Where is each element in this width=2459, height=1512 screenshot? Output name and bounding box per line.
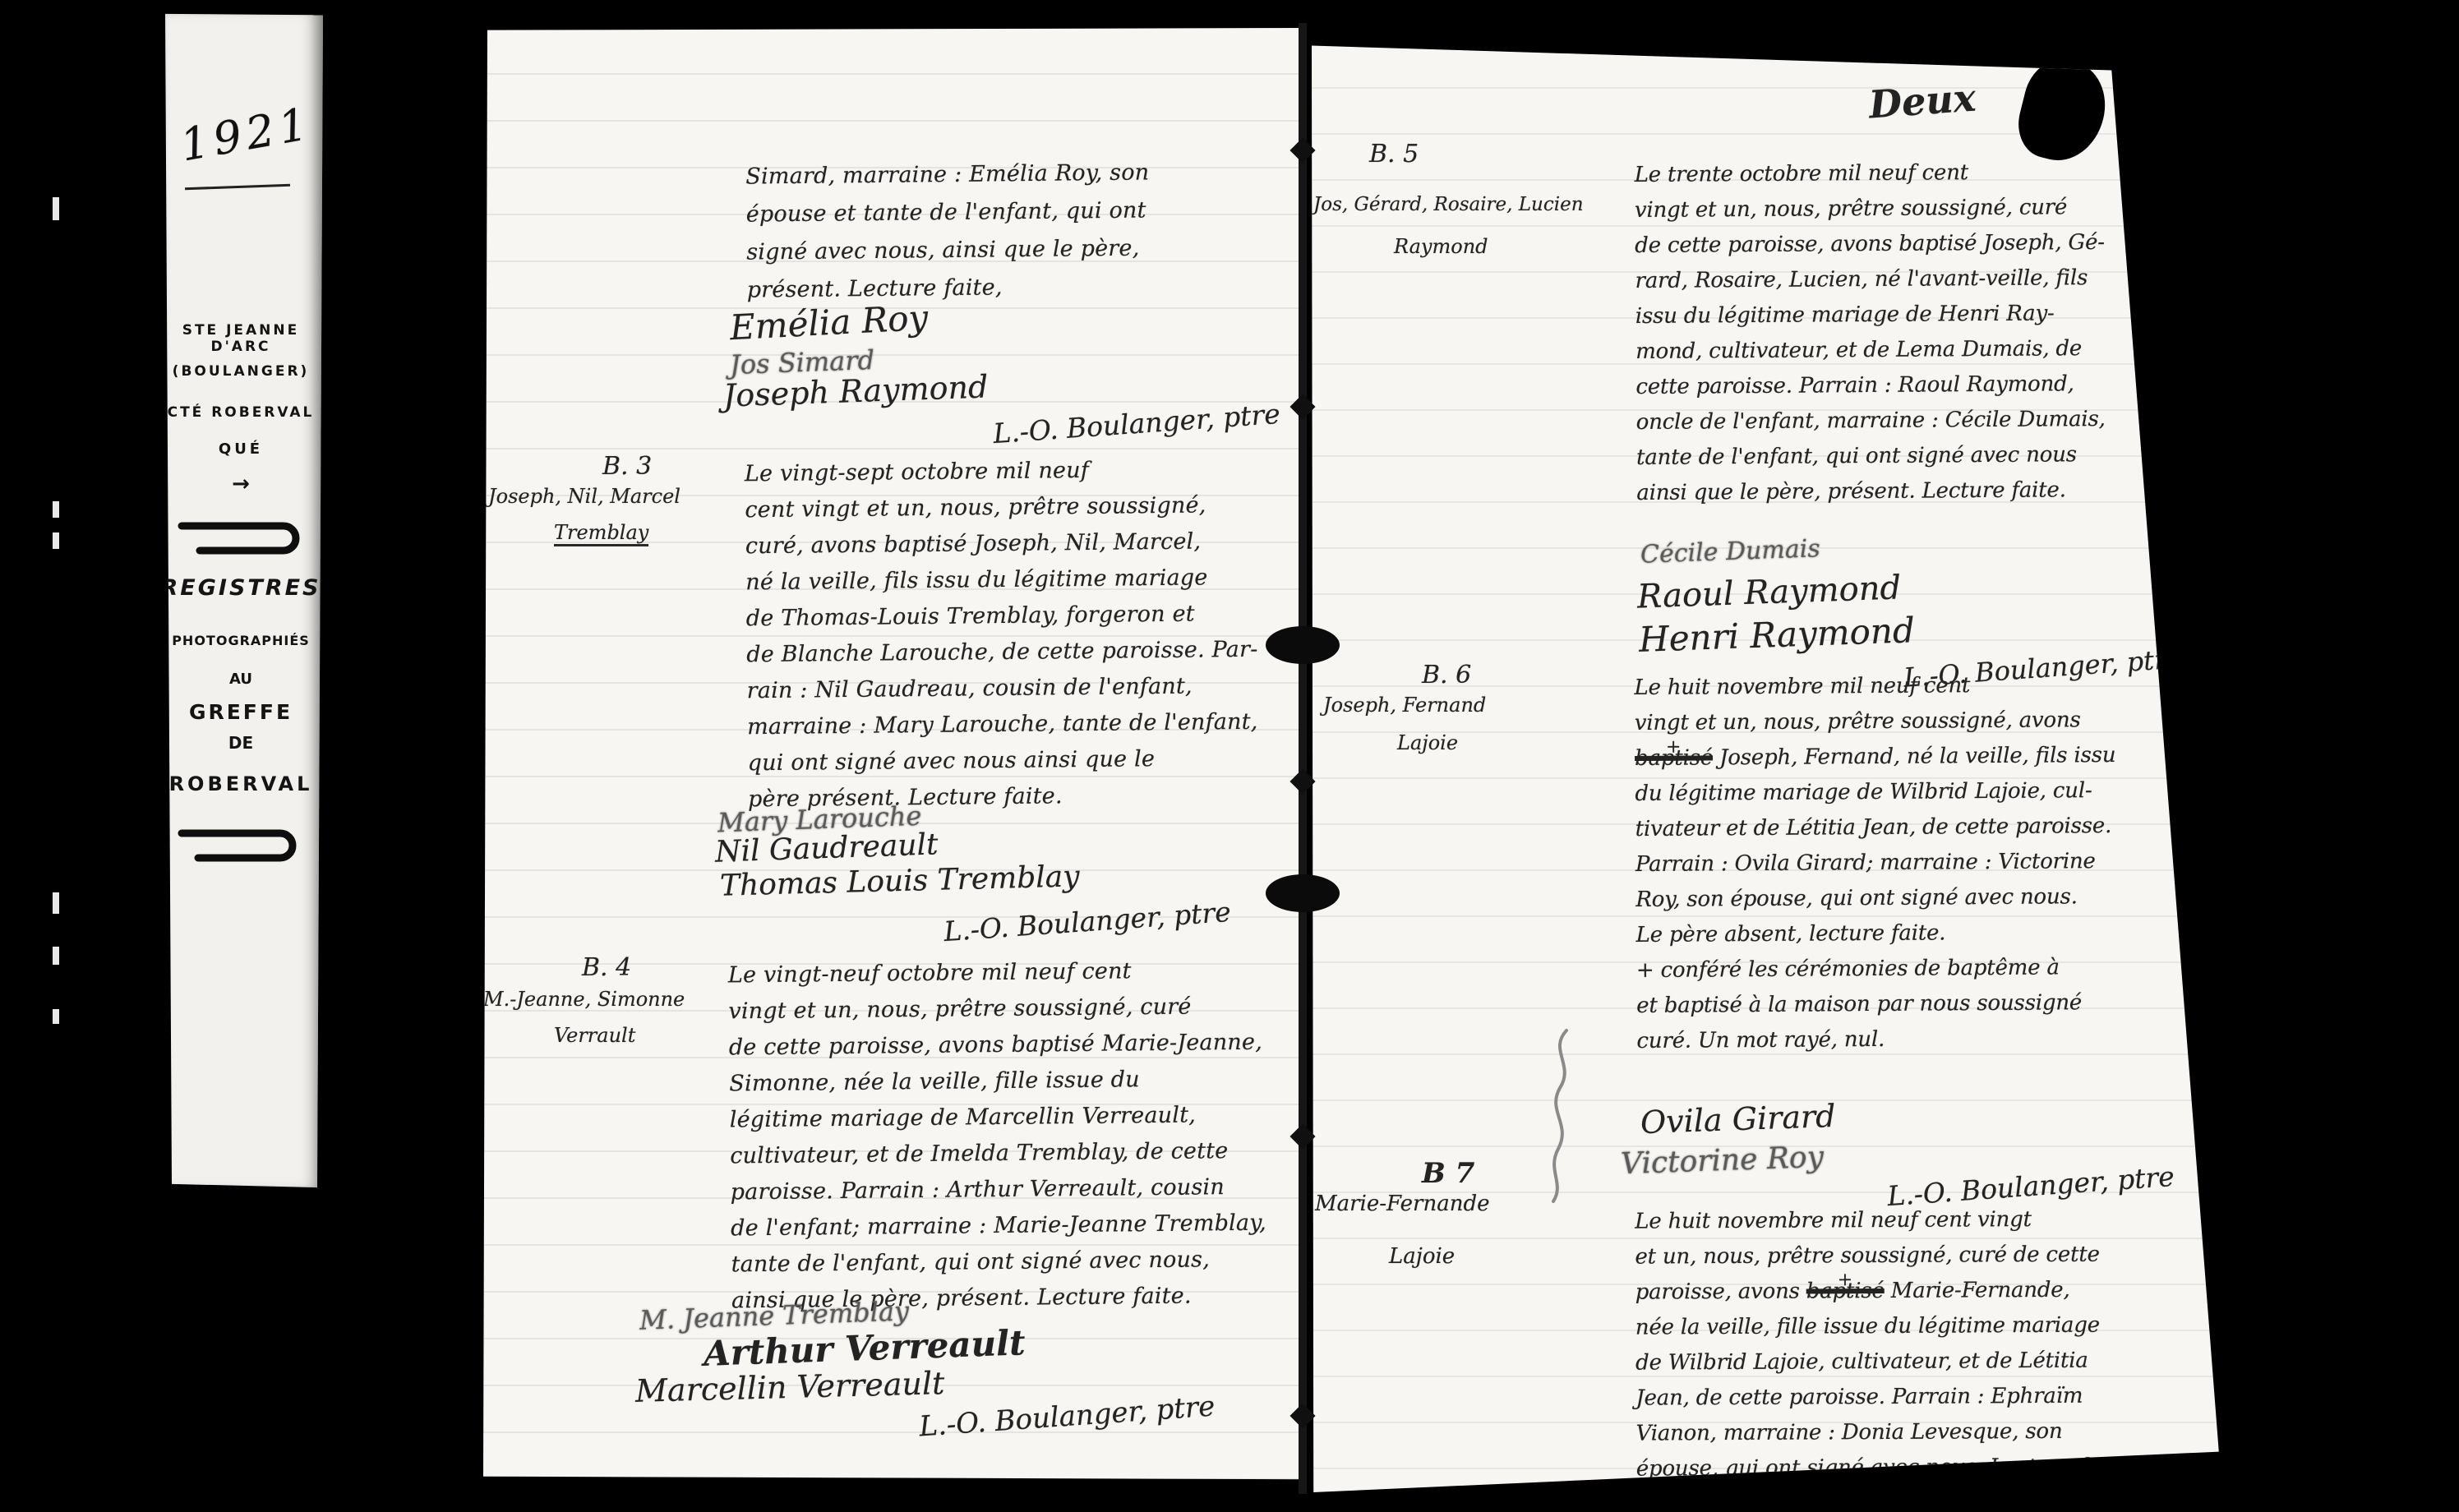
spine-roberval: ROBERVAL [159, 772, 323, 795]
handwritten-line: cette paroisse. Parrain : Raoul Raymond, [1635, 366, 2106, 405]
handwritten-line: rain : Nil Gaudreau, cousin de l'enfant, [746, 668, 1258, 710]
handwritten-line: épouse, qui ont signé avec nous. Lecture… [1636, 1449, 2134, 1487]
officiant-signature: L.-O. Boulanger, ptre [992, 398, 1281, 449]
signature: Ovila Girard [1640, 1098, 1836, 1141]
handwritten-line: Le vingt-neuf octobre mil neuf cent [728, 952, 1264, 994]
officiant-signature: L.-O. Boulanger, ptre [943, 896, 1232, 947]
margin-squiggle [1524, 1026, 1589, 1206]
signature: Marcellin Verreault [634, 1365, 944, 1409]
handwritten-line: Le huit novembre mil neuf cent [1634, 667, 2115, 706]
handwritten-line: curé. Un mot rayé, nul. [1636, 1021, 2118, 1059]
handwritten-line: mond, cultivateur, et de Lema Dumais, de [1635, 331, 2106, 370]
handwritten-line: du légitime mariage de Wilbrid Lajoie, c… [1635, 773, 2116, 812]
record-margin-names: Marie-Fernande [1315, 1192, 1490, 1216]
signature: Victorine Roy [1620, 1141, 1824, 1182]
handwritten-line: Le père absent, lecture faite. [1635, 915, 2117, 953]
handwritten-line: marraine : Mary Larouche, tante de l'enf… [747, 704, 1259, 746]
spine-au: AU [159, 671, 323, 688]
register-right-page: Deux B. 5 Jos, Gérard, Rosaire, Lucien R… [1312, 43, 2221, 1492]
officiant-signature: L.-O. Boulanger, ptre [918, 1390, 1216, 1443]
handwritten-line: vingt et un, nous, prêtre soussigné, cur… [1635, 190, 2105, 228]
spine-photographies: PHOTOGRAPHIÉS [159, 633, 323, 648]
spine-parish-name: STE JEANNE D'ARC [159, 322, 323, 355]
handwritten-line: et baptisé à la maison par nous soussign… [1636, 985, 2118, 1024]
handwritten-line: curé, avons baptisé Joseph, Nil, Marcel, [745, 523, 1257, 565]
spine-de: DE [159, 733, 323, 753]
correction-mark: + [1666, 730, 1682, 765]
handwritten-line: Le vingt-sept octobre mil neuf [745, 451, 1257, 493]
handwritten-line: qui ont signé avec nous ainsi que le [747, 740, 1259, 782]
record-body: Le huit novembre mil neuf cent vingtet u… [1635, 1201, 2134, 1487]
record-margin-names: M.-Jeanne, Simonne [483, 988, 685, 1011]
binding-post [1266, 626, 1340, 664]
handwritten-line: tivateur et de Létitia Jean, de cette pa… [1635, 809, 2117, 847]
handwritten-line: ainsi que le père, présent. Lecture fait… [1636, 472, 2106, 511]
spine-arrow-mark: → [159, 472, 323, 496]
handwritten-line: de cette paroisse, avons baptisé Marie-J… [729, 1025, 1265, 1067]
record-number: B. 4 [582, 953, 631, 982]
struck-word: +baptisé [1635, 745, 1713, 771]
correction-suffix: Marie-Fernande, [1885, 1278, 2070, 1303]
record-margin-surname: Lajoie [1389, 1244, 1455, 1269]
paperclip-icon [170, 818, 315, 873]
handwritten-line: vingt et un, nous, prêtre soussigné, cur… [728, 989, 1264, 1030]
record-continuation-body: Simard, marraine : Emélia Roy, sonépouse… [745, 154, 1151, 309]
handwritten-line: Roy, son épouse, qui ont signé avec nous… [1635, 879, 2117, 918]
signature: Henri Raymond [1638, 610, 1915, 660]
film-edge-mark [53, 501, 59, 518]
film-edge-mark [53, 1009, 59, 1024]
signature: Raoul Raymond [1636, 569, 1902, 615]
handwritten-line: de l'enfant; marraine : Marie-Jeanne Tre… [731, 1205, 1266, 1247]
spine-province: QUÉ [159, 440, 323, 458]
handwritten-line: né la veille, fils issu du légitime mari… [745, 560, 1257, 602]
handwritten-line: née la veille, fille issue du légitime m… [1635, 1307, 2134, 1345]
handwritten-line: + conféré les cérémonies de baptême à [1636, 950, 2118, 989]
record-margin-names: Jos, Gérard, Rosaire, Lucien [1313, 194, 1584, 215]
handwritten-line: de cette paroisse, avons baptisé Joseph,… [1635, 225, 2105, 264]
handwritten-line: et un, nous, prêtre soussigné, curé de c… [1635, 1237, 2133, 1275]
handwritten-line: Simard, marraine : Emélia Roy, son [745, 154, 1149, 196]
handwritten-line: épouse et tante de l'enfant, qui ont [746, 191, 1150, 233]
handwritten-line: cent vingt et un, nous, prêtre soussigné… [745, 487, 1257, 529]
struck-word: +baptisé [1806, 1279, 1885, 1303]
binding-line [1299, 23, 1307, 1494]
record-body: Le huit novembre mil neuf centvingt et u… [1634, 667, 2118, 1059]
handwritten-line: légitime mariage de Marcellin Verreault, [730, 1097, 1266, 1139]
handwritten-line: rard, Rosaire, Lucien, né l'avant-veille… [1635, 260, 2105, 299]
handwritten-line: Vianon, marraine : Donia Levesque, son [1635, 1413, 2134, 1451]
page-corner-shadow [2011, 53, 2115, 170]
record-margin-surname: Raymond [1394, 235, 1488, 258]
record-number: B. 3 [602, 452, 652, 481]
record-body: Le vingt-neuf octobre mil neuf centvingt… [728, 952, 1267, 1320]
film-edge-mark [53, 532, 59, 549]
correction-prefix: paroisse, avons [1635, 1279, 1806, 1304]
record-margin-names: Joseph, Fernand [1323, 694, 1486, 717]
handwritten-line: de Thomas-Louis Tremblay, forgeron et [746, 596, 1258, 638]
book-spine: 1921 STE JEANNE D'ARC (BOULANGER) CTÉ RO… [159, 12, 323, 1190]
handwritten-line: cultivateur, et de Imelda Tremblay, de c… [730, 1133, 1266, 1175]
register-left-page: Simard, marraine : Emélia Roy, sonépouse… [483, 28, 1305, 1481]
record-margin-surname: Tremblay [554, 521, 648, 546]
handwritten-line: tante de l'enfant, qui ont signé avec no… [731, 1242, 1266, 1284]
handwritten-line: vingt et un, nous, prêtre soussigné, avo… [1635, 703, 2116, 741]
handwritten-line: Le trente octobre mil neuf cent [1635, 154, 2105, 193]
film-edge-mark [53, 892, 59, 914]
record-body: Le trente octobre mil neuf centvingt et … [1635, 154, 2107, 511]
handwritten-line: Le huit novembre mil neuf cent vingt [1635, 1201, 2133, 1239]
handwritten-line: signé avec nous, ainsi que le père, [746, 229, 1150, 271]
signature: Cécile Dumais [1640, 534, 1820, 569]
handwritten-line: de Blanche Larouche, de cette paroisse. … [746, 632, 1258, 674]
microfilm-scan: 1921 STE JEANNE D'ARC (BOULANGER) CTÉ RO… [0, 0, 2459, 1512]
spine-year: 1921 [177, 97, 316, 171]
correction-suffix: Joseph, Fernand, né la veille, fils issu [1713, 743, 2116, 770]
handwritten-line: paroisse. Parrain : Arthur Verreault, co… [730, 1169, 1266, 1211]
record-number: B. 6 [1422, 661, 1471, 689]
film-edge-mark [53, 197, 59, 220]
spine-parish-alt: (BOULANGER) [159, 363, 323, 380]
handwritten-line: Simonne, née la veille, fille issue du [729, 1061, 1265, 1103]
handwritten-line: tante de l'enfant, qui ont signé avec no… [1636, 437, 2106, 476]
corrected-line: paroisse, avons +baptisé Marie-Fernande, [1635, 1272, 2134, 1310]
binding-post [1266, 874, 1340, 912]
record-margin-surname: Verrault [554, 1024, 635, 1047]
record-body: Le vingt-sept octobre mil neufcent vingt… [745, 451, 1260, 818]
record-margin-surname: Lajoie [1397, 731, 1458, 754]
spine-greffe: GREFFE [159, 700, 323, 724]
spine-year-underline [185, 184, 290, 190]
spine-registres: REGISTRES [159, 575, 323, 601]
signature: Nil Gaudreault [714, 827, 939, 869]
record-number: B. 5 [1369, 140, 1419, 168]
handwritten-line: de Wilbrid Lajoie, cultivateur, et de Lé… [1635, 1343, 2134, 1381]
handwritten-line: oncle de l'enfant, marraine : Cécile Dum… [1636, 402, 2106, 440]
record-margin-names: Joseph, Nil, Marcel [488, 485, 680, 508]
correction-mark: + [1838, 1262, 1852, 1298]
record-number: B 7 [1422, 1157, 1474, 1190]
corrected-line: +baptisé Joseph, Fernand, né la veille, … [1635, 738, 2116, 777]
film-edge-mark [53, 947, 59, 965]
handwritten-line: issu du légitime mariage de Henri Ray- [1635, 296, 2106, 334]
handwritten-line: Jean, de cette paroisse. Parrain : Ephra… [1635, 1378, 2134, 1416]
paperclip-icon [170, 511, 315, 565]
page-number-label: Deux [1867, 76, 1977, 127]
handwritten-line: Parrain : Ovila Girard; marraine : Victo… [1635, 844, 2117, 883]
spine-county: CTÉ ROBERVAL [159, 404, 323, 421]
